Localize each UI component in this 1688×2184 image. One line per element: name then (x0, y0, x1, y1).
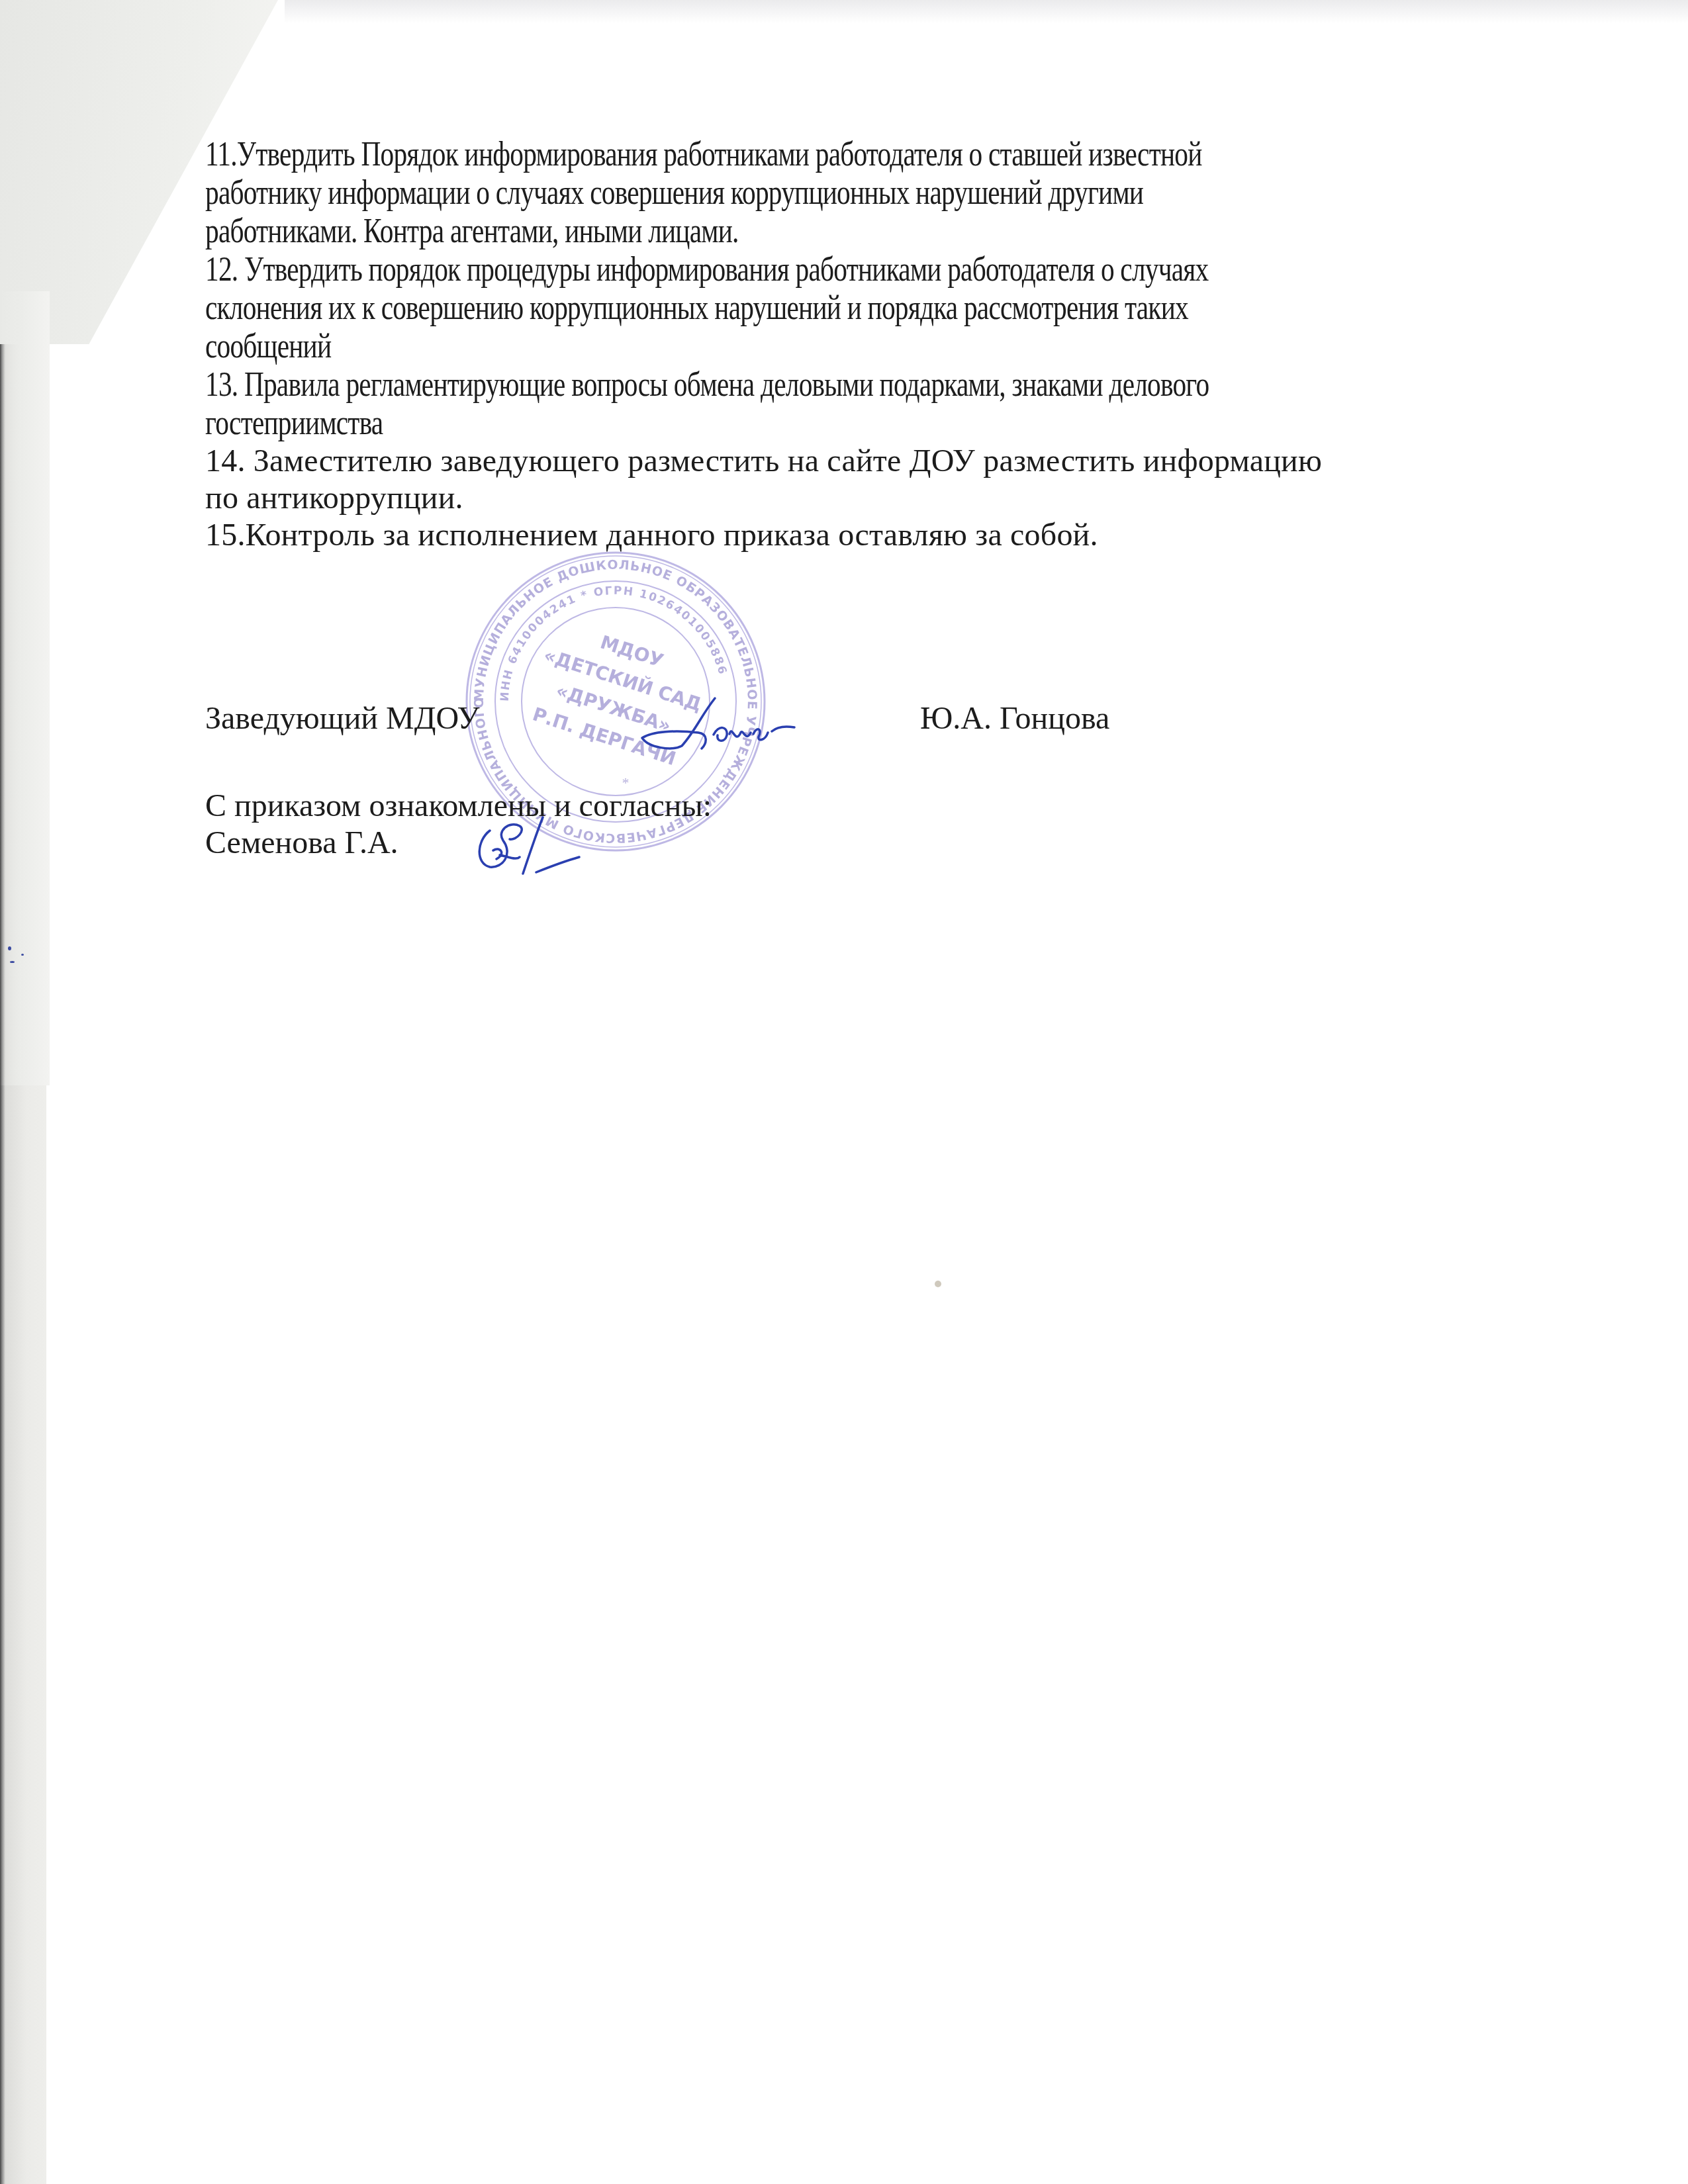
item-12-line-2: склонения их к совершению коррупционных … (205, 289, 1595, 328)
employee-signature-icon (463, 807, 596, 880)
scan-speck (935, 1281, 941, 1287)
scan-speck (8, 946, 11, 950)
item-13-line-2: гостеприимства (205, 404, 1595, 443)
order-items: 11.Утвердить Порядок информирования рабо… (205, 136, 1595, 554)
item-14-line-1: 14. Заместителю заведующего разместить н… (205, 443, 1595, 480)
signatory-role: Заведующий МДОУ (205, 700, 479, 737)
item-12-line-1: 12. Утвердить порядок процедуры информир… (205, 251, 1595, 289)
acknowledgement-block: С приказом ознакомлены и согласны: Семен… (205, 788, 712, 862)
fold-shadow (0, 291, 50, 1085)
item-12-line-3: сообщений (205, 328, 1595, 366)
scan-speck (10, 961, 15, 963)
signature-row: Заведующий МДОУ Ю.А. Гонцова (205, 700, 1529, 740)
item-11-line-1: 11.Утвердить Порядок информирования рабо… (205, 136, 1595, 174)
signatory-name: Ю.А. Гонцова (920, 700, 1109, 737)
scan-top-haze (285, 0, 1688, 23)
item-11-line-2: работнику информации о случаях совершени… (205, 174, 1595, 212)
item-13-line-1: 13. Правила регламентирующие вопросы обм… (205, 366, 1595, 404)
item-15-line-1: 15.Контроль за исполнением данного прика… (205, 517, 1595, 554)
scan-speck (21, 954, 24, 956)
director-signature-icon (635, 685, 847, 758)
acknowledgement-signatory: Семенова Г.А. (205, 825, 712, 862)
item-14-line-2: по антикоррупции. (205, 480, 1595, 517)
acknowledgement-heading: С приказом ознакомлены и согласны: (205, 788, 712, 825)
item-11-line-3: работниками. Контра агентами, иными лица… (205, 212, 1595, 251)
